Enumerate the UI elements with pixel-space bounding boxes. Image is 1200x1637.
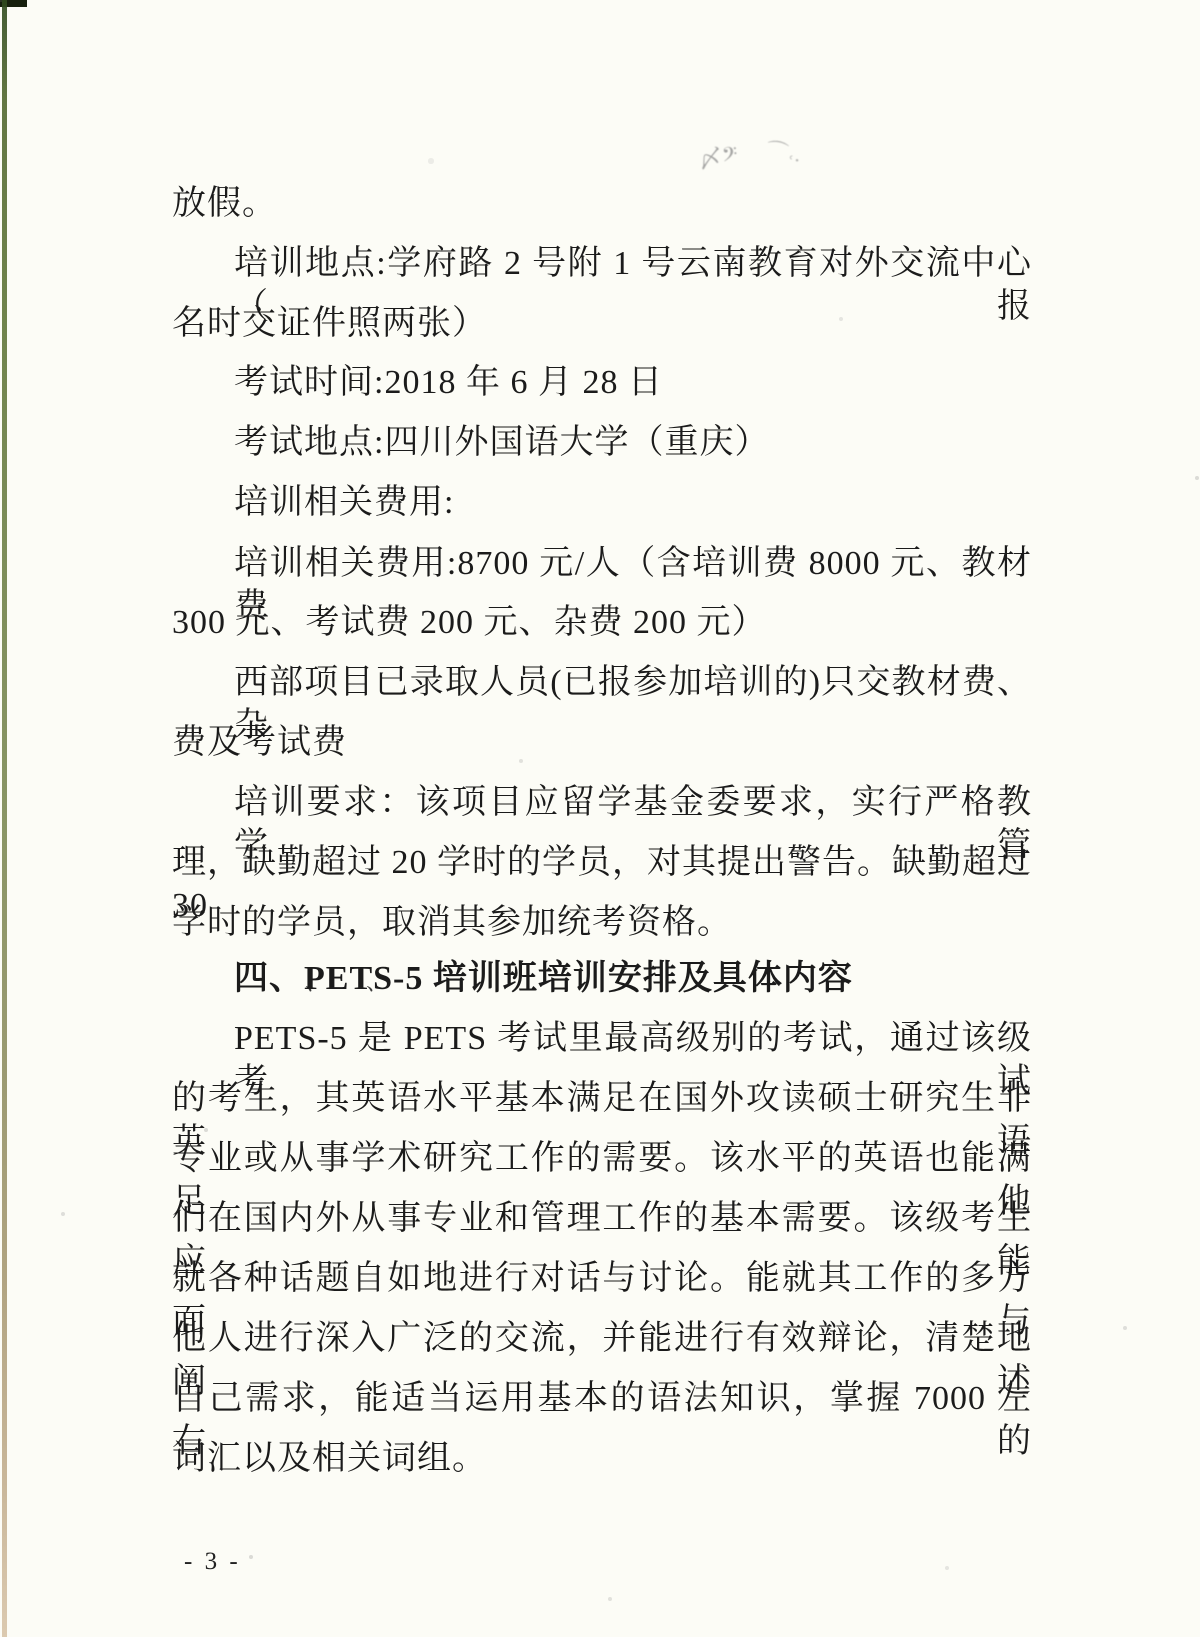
handwriting-smudge: 〆𝄢 bbox=[696, 136, 739, 175]
section-heading: 四、PETS-5 培训班培训安排及具体内容 bbox=[172, 958, 1032, 1001]
text-line: 词汇以及相关词组。 bbox=[172, 1438, 1032, 1481]
scan-noise-specks bbox=[0, 0, 2, 2]
text-line: 放假。 bbox=[172, 183, 1032, 226]
text-line: 300 元、考试费 200 元、杂费 200 元） bbox=[172, 602, 1032, 645]
text-line: 考试地点:四川外国语大学（重庆） bbox=[172, 422, 1032, 465]
handwriting-smudge: ⌒˓. bbox=[764, 133, 803, 168]
scan-edge-strip bbox=[2, 0, 7, 1637]
text-line: 名时交证件照两张） bbox=[172, 303, 1032, 346]
scanned-document-page: 〆𝄢 ⌒˓. 放假。 培训地点:学府路 2 号附 1 号云南教育对外交流中心（报… bbox=[0, 0, 1200, 1637]
text-line: 培训相关费用: bbox=[172, 482, 1032, 525]
text-line: 学时的学员，取消其参加统考资格。 bbox=[172, 902, 1032, 945]
text-line: 费及考试费 bbox=[172, 722, 1032, 765]
text-line: 考试时间:2018 年 6 月 28 日 bbox=[172, 362, 1032, 405]
page-number: - 3 - bbox=[184, 1548, 241, 1576]
